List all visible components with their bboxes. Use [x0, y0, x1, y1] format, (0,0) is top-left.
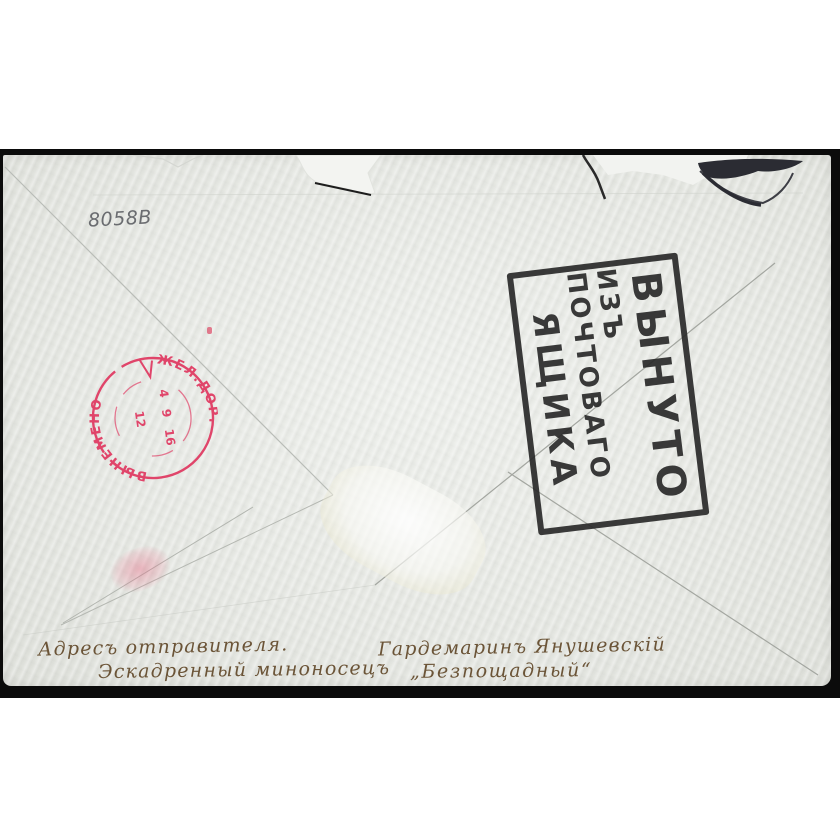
- vynuto-iz-pochtovago-yashchika-handstamp: ВЫНУТО ИЗЪ ПОЧТОВАГО ЯЩИКА: [507, 253, 710, 536]
- svg-text:16: 16: [162, 428, 178, 446]
- red-ink-dot: [207, 327, 212, 334]
- svg-text:12: 12: [132, 410, 148, 428]
- postmark-ring-icon: ВЫНЕМЕНО ЖЕЛ.ДОР. 4 9 16 12: [80, 345, 227, 492]
- ship-name: „Безпощадный“: [410, 659, 592, 683]
- svg-text:4: 4: [156, 388, 171, 398]
- pencil-inventory-number: 8058B: [87, 206, 152, 231]
- ship-type-label: Эскадренный миноносецъ: [98, 657, 390, 683]
- scene: 8058B ВЫНУТО ИЗЪ ПОЧТОВАГО ЯЩИКА ВЫНЕМЕН…: [0, 0, 840, 840]
- svg-text:9: 9: [159, 408, 174, 418]
- red-circular-postmark: ВЫНЕМЕНО ЖЕЛ.ДОР. 4 9 16 12: [80, 345, 227, 492]
